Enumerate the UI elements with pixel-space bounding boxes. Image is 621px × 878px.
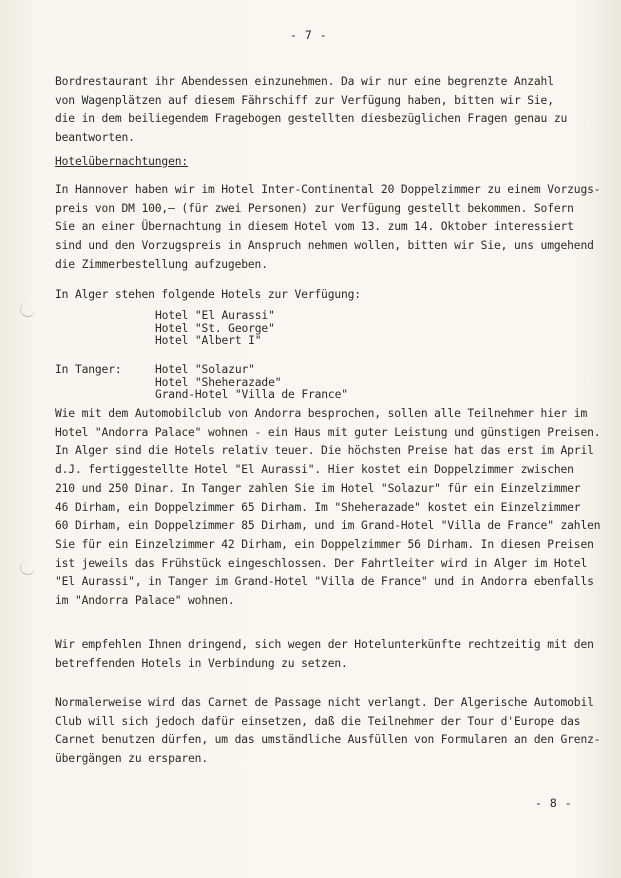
text-line: Grand-Hotel "Villa de France": [155, 388, 348, 402]
document-page: - 7 - Bordrestaurant ihr Abendessen einz…: [0, 0, 621, 878]
text-line: 60 Dirham, ein Doppelzimmer 85 Dirham, u…: [55, 519, 600, 533]
section-heading: Hotelübernachtungen:: [55, 155, 188, 169]
text-line: die Zimmerbestellung aufzugeben.: [55, 258, 268, 272]
page-number-top: - 7 -: [290, 28, 327, 42]
text-line: In Alger sind die Hotels relativ teuer. …: [55, 444, 594, 458]
text-line: In Hannover haben wir im Hotel Inter-Con…: [55, 183, 600, 197]
text-line: übergängen zu ersparen.: [55, 752, 208, 766]
text-line: Wie mit dem Automobilclub von Andorra be…: [55, 407, 587, 421]
punch-hole-mark: [20, 560, 35, 575]
punch-hole-mark: [20, 302, 35, 317]
text-line: Bordrestaurant ihr Abendessen einzunehme…: [55, 75, 554, 89]
text-line: sind und den Vorzugspreis in Anspruch ne…: [55, 239, 594, 253]
text-line: "El Aurassi", in Tanger im Grand-Hotel "…: [55, 575, 594, 589]
text-line: Carnet benutzen dürfen, um das umständli…: [55, 733, 600, 747]
alger-intro: In Alger stehen folgende Hotels zur Verf…: [55, 288, 361, 302]
text-line: Sie an einer Übernachtung in diesem Hote…: [55, 220, 574, 234]
text-line: d.J. fertiggestellte Hotel "El Aurassi".…: [55, 463, 574, 477]
text-line: Club will sich jedoch dafür einsetzen, d…: [55, 715, 580, 729]
text-line: von Wagenplätzen auf diesem Fährschiff z…: [55, 94, 554, 108]
text-line: 46 Dirham, ein Doppelzimmer 65 Dirham. I…: [55, 501, 580, 515]
text-line: Hotel "Albert I": [155, 334, 261, 348]
text-line: ist jeweils das Frühstück eingeschlossen…: [55, 557, 587, 571]
text-line: Sie für ein Einzelzimmer 42 Dirham, ein …: [55, 538, 594, 552]
text-line: Normalerweise wird das Carnet de Passage…: [55, 696, 594, 710]
text-line: 210 und 250 Dinar. In Tanger zahlen Sie …: [55, 482, 580, 496]
text-line: preis von DM 100,— (für zwei Personen) z…: [55, 202, 574, 216]
tanger-label: In Tanger:: [55, 363, 122, 377]
page-number-bottom: - 8 -: [535, 796, 572, 810]
text-line: betreffenden Hotels in Verbindung zu set…: [55, 657, 348, 671]
text-line: beantworten.: [55, 131, 135, 145]
text-line: Hotel "Andorra Palace" wohnen - ein Haus…: [55, 426, 600, 440]
text-line: Wir empfehlen Ihnen dringend, sich wegen…: [55, 638, 594, 652]
text-line: die in dem beiliegendem Fragebogen geste…: [55, 112, 567, 126]
text-line: im "Andorra Palace" wohnen.: [55, 594, 235, 608]
